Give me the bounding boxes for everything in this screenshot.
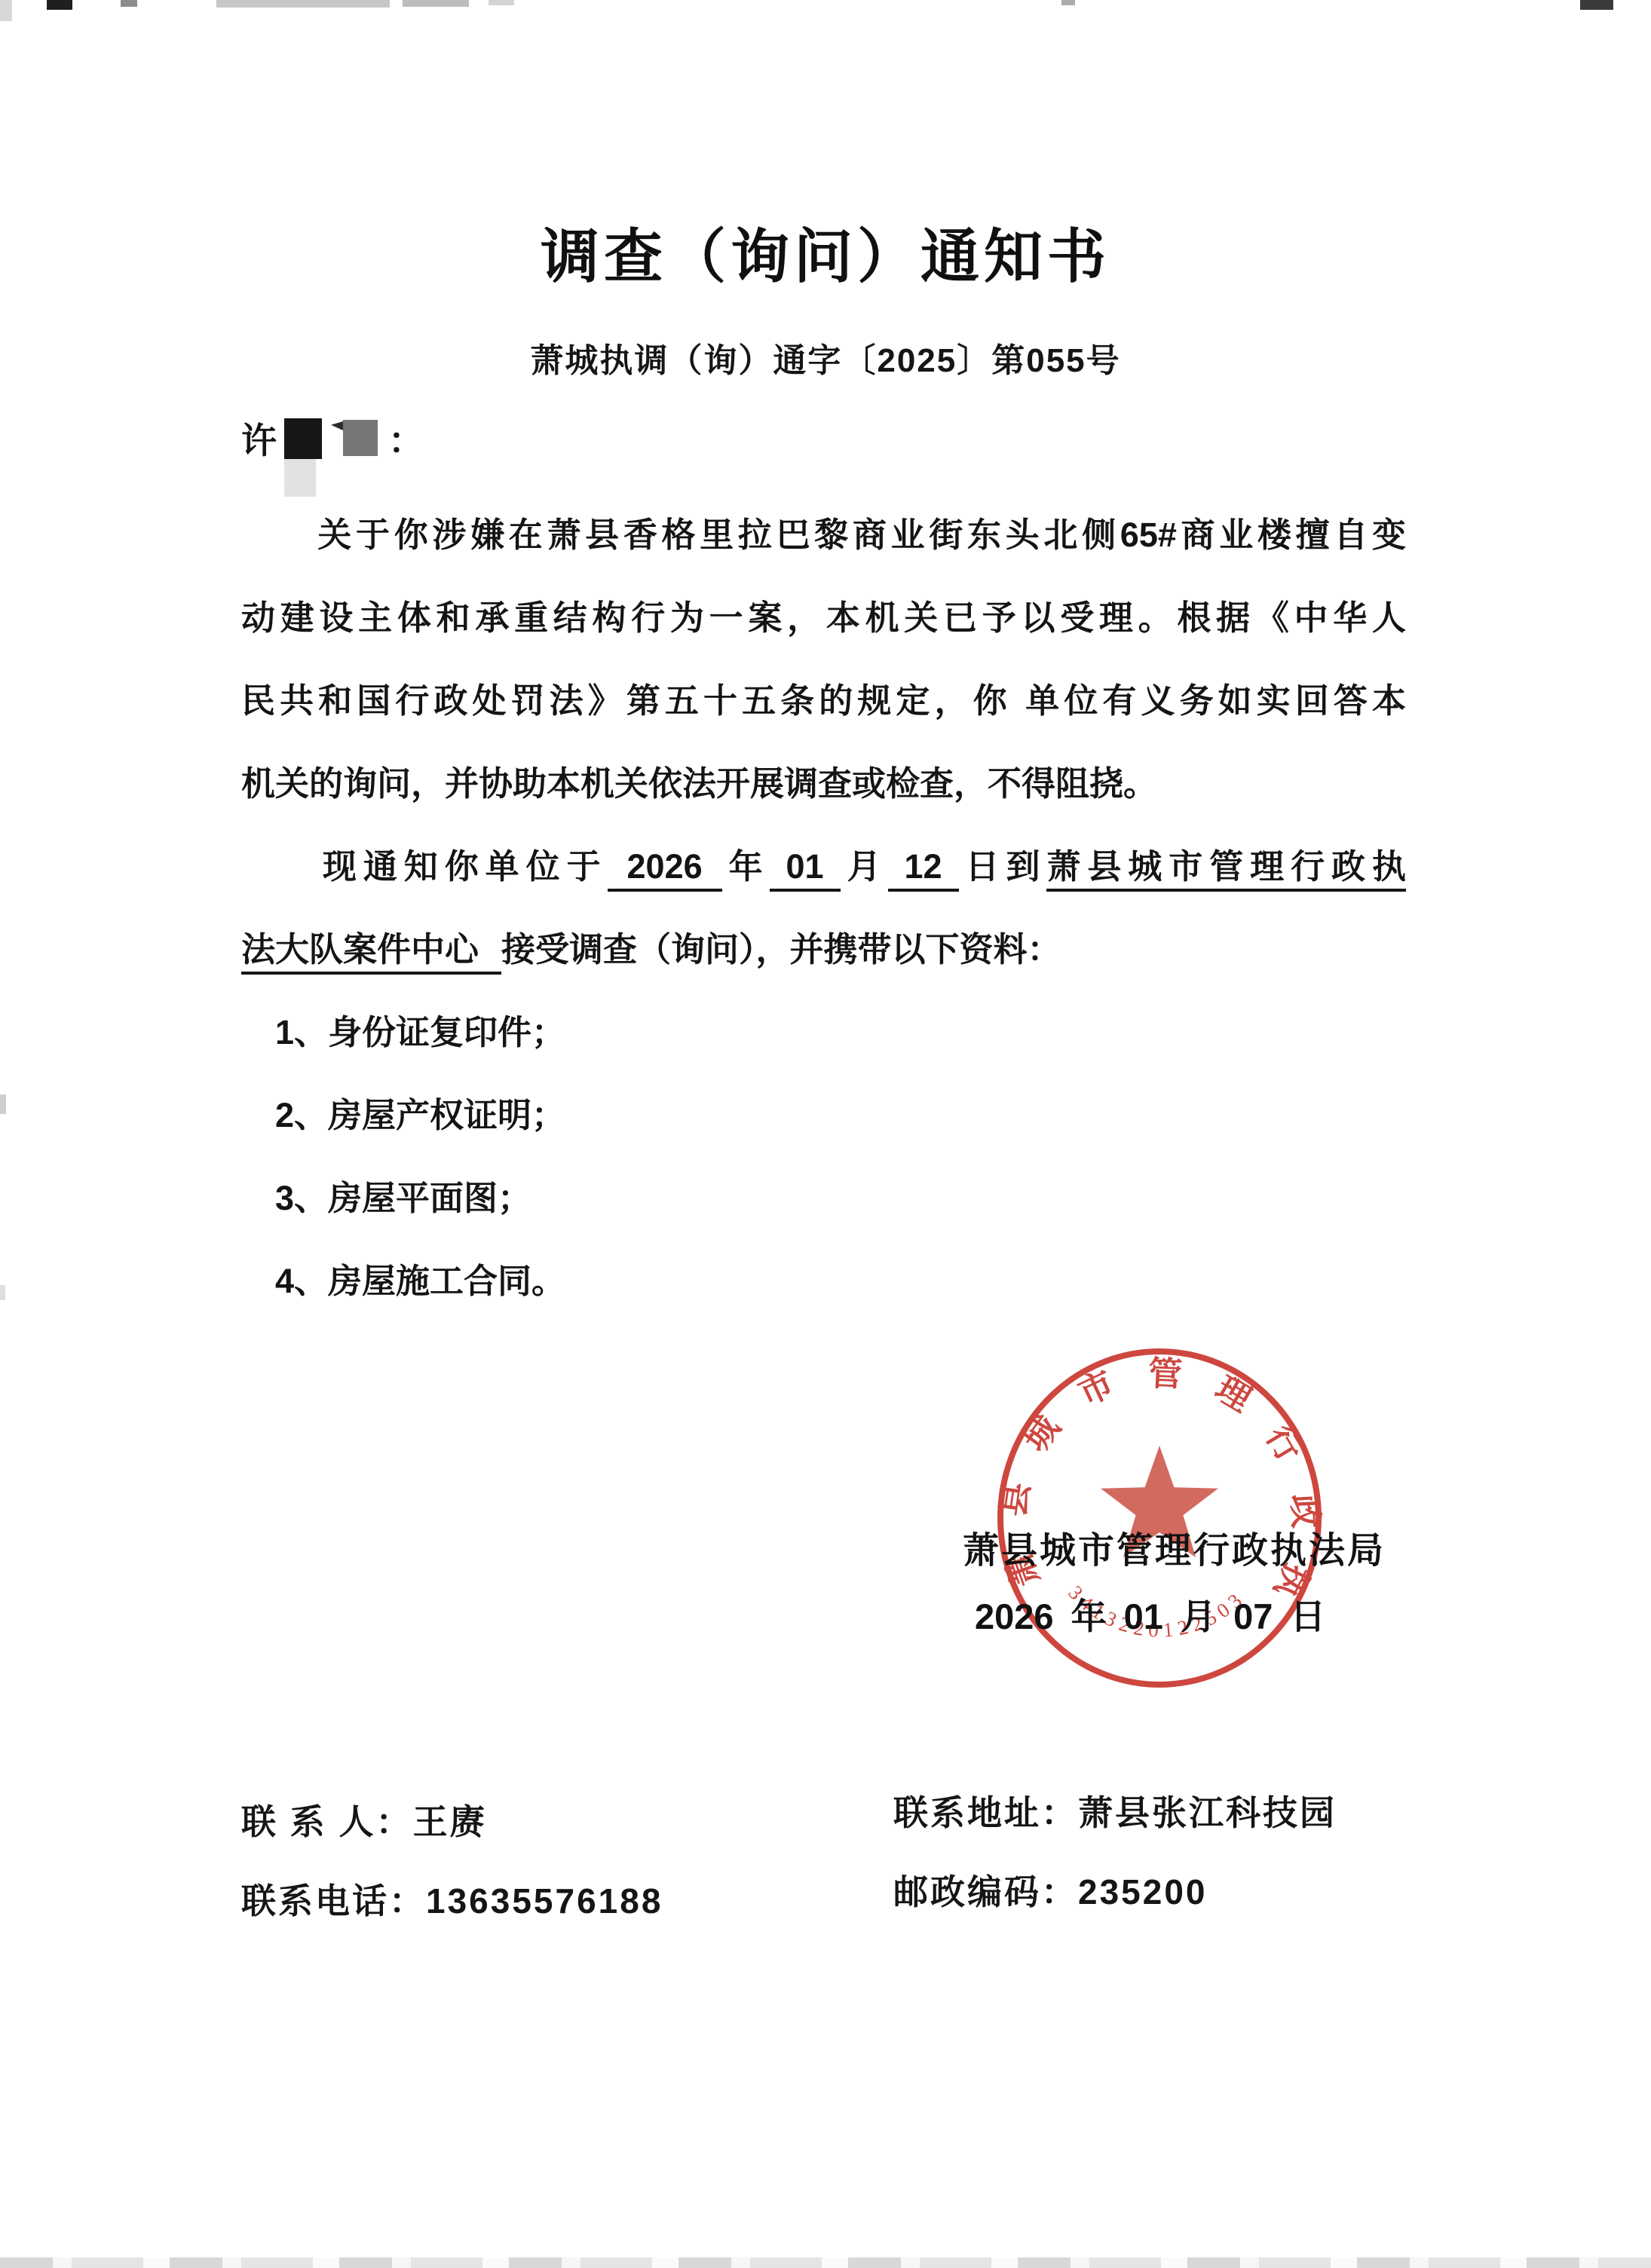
page-title: 调查（询问）通知书 xyxy=(0,210,1651,294)
year-label: 年 xyxy=(722,847,770,886)
scan-artifact xyxy=(403,0,469,7)
addressee-colon: ： xyxy=(388,421,424,461)
scan-artifact xyxy=(1580,0,1613,10)
scan-artifact xyxy=(0,1094,6,1114)
contact-phone-line: 联系电话：13635576188 xyxy=(241,1879,663,1958)
issue-date: 2026 年 01 月 07 日 xyxy=(975,1589,1325,1639)
scan-artifact xyxy=(0,1285,5,1300)
body-line: 关于你涉嫌在萧县香格里拉巴黎商业街东头北侧65#商业楼擅自变 xyxy=(241,494,1406,577)
notice-body: 关于你涉嫌在萧县香格里拉巴黎商业街东头北侧65#商业楼擅自变 动建设主体和承重结… xyxy=(241,494,1406,1323)
venue-part2: 法大队案件中心 xyxy=(241,930,501,975)
notify-suffix: 接受调查（询问），并携带以下资料： xyxy=(501,930,1061,969)
postcode-value: 235200 xyxy=(1078,1872,1208,1911)
postcode-label: 邮政编码： xyxy=(893,1872,1078,1911)
footer-contact-left: 联 系 人：王赓 联系电话：13635576188 xyxy=(241,1800,663,1958)
notify-line-venue: 法大队案件中心接受调查（询问），并携带以下资料： xyxy=(241,908,1406,991)
contact-person-label: 联 系 人： xyxy=(241,1802,413,1841)
blank-month: 01 xyxy=(770,847,841,892)
postcode-line: 邮政编码：235200 xyxy=(893,1870,1337,1949)
contact-address-value: 萧县张江科技园 xyxy=(1078,1793,1337,1832)
day-label: 日到 xyxy=(959,847,1047,886)
redaction-box-dark xyxy=(284,418,322,459)
blank-day: 12 xyxy=(888,847,959,892)
scan-artifact xyxy=(47,0,72,10)
body-line: 机关的询问，并协助本机关依法开展调查或检查，不得阻挠。 xyxy=(241,742,1406,825)
month-label: 月 xyxy=(841,847,888,886)
contact-address-line: 联系地址：萧县张江科技园 xyxy=(893,1791,1337,1870)
contact-phone-number: 13635576188 xyxy=(426,1881,663,1921)
required-item: 2、房屋产权证明； xyxy=(241,1074,1406,1157)
blank-year: 2026 xyxy=(608,847,722,892)
body-line: 动建设主体和承重结构行为一案，本机关已予以受理。根据《中华人 xyxy=(241,577,1406,660)
scan-artifact xyxy=(489,0,514,5)
notify-prefix: 现通知你单位于 xyxy=(241,847,608,886)
scan-artifact xyxy=(121,0,137,7)
venue-part1: 萧县城市管理行政执 xyxy=(1046,847,1406,892)
required-item: 1、身份证复印件； xyxy=(241,991,1406,1074)
required-item: 3、房屋平面图； xyxy=(241,1157,1406,1240)
notify-line-date: 现通知你单位于2026年01月12日到萧县城市管理行政执 xyxy=(241,825,1406,908)
scan-artifact xyxy=(1061,0,1075,5)
scan-artifact xyxy=(0,0,12,21)
notice-document: 调查（询问）通知书 萧城执调（询）通字〔2025〕第055号 许： 关于你涉嫌在… xyxy=(0,0,1651,2268)
required-item: 4、房屋施工合同。 xyxy=(241,1240,1406,1323)
scan-artifact-bottom-band xyxy=(0,2257,1651,2268)
scan-artifact xyxy=(216,0,390,8)
contact-person-name: 王赓 xyxy=(413,1802,487,1841)
document-number: 萧城执调（询）通字〔2025〕第055号 xyxy=(0,333,1651,381)
redaction-box-gray xyxy=(343,420,378,456)
contact-phone-label: 联系电话： xyxy=(241,1881,426,1921)
body-line: 民共和国行政处罚法》第五十五条的规定，你 单位有义务如实回答本 xyxy=(241,660,1406,742)
contact-address-label: 联系地址： xyxy=(893,1793,1078,1832)
footer-contact-right: 联系地址：萧县张江科技园 邮政编码：235200 xyxy=(893,1791,1337,1949)
addressee-surname: 许 xyxy=(241,421,277,461)
issuing-authority: 萧县城市管理行政执法局 xyxy=(963,1521,1386,1573)
addressee-line: 许： xyxy=(241,413,424,464)
contact-person-line: 联 系 人：王赓 xyxy=(241,1800,663,1879)
